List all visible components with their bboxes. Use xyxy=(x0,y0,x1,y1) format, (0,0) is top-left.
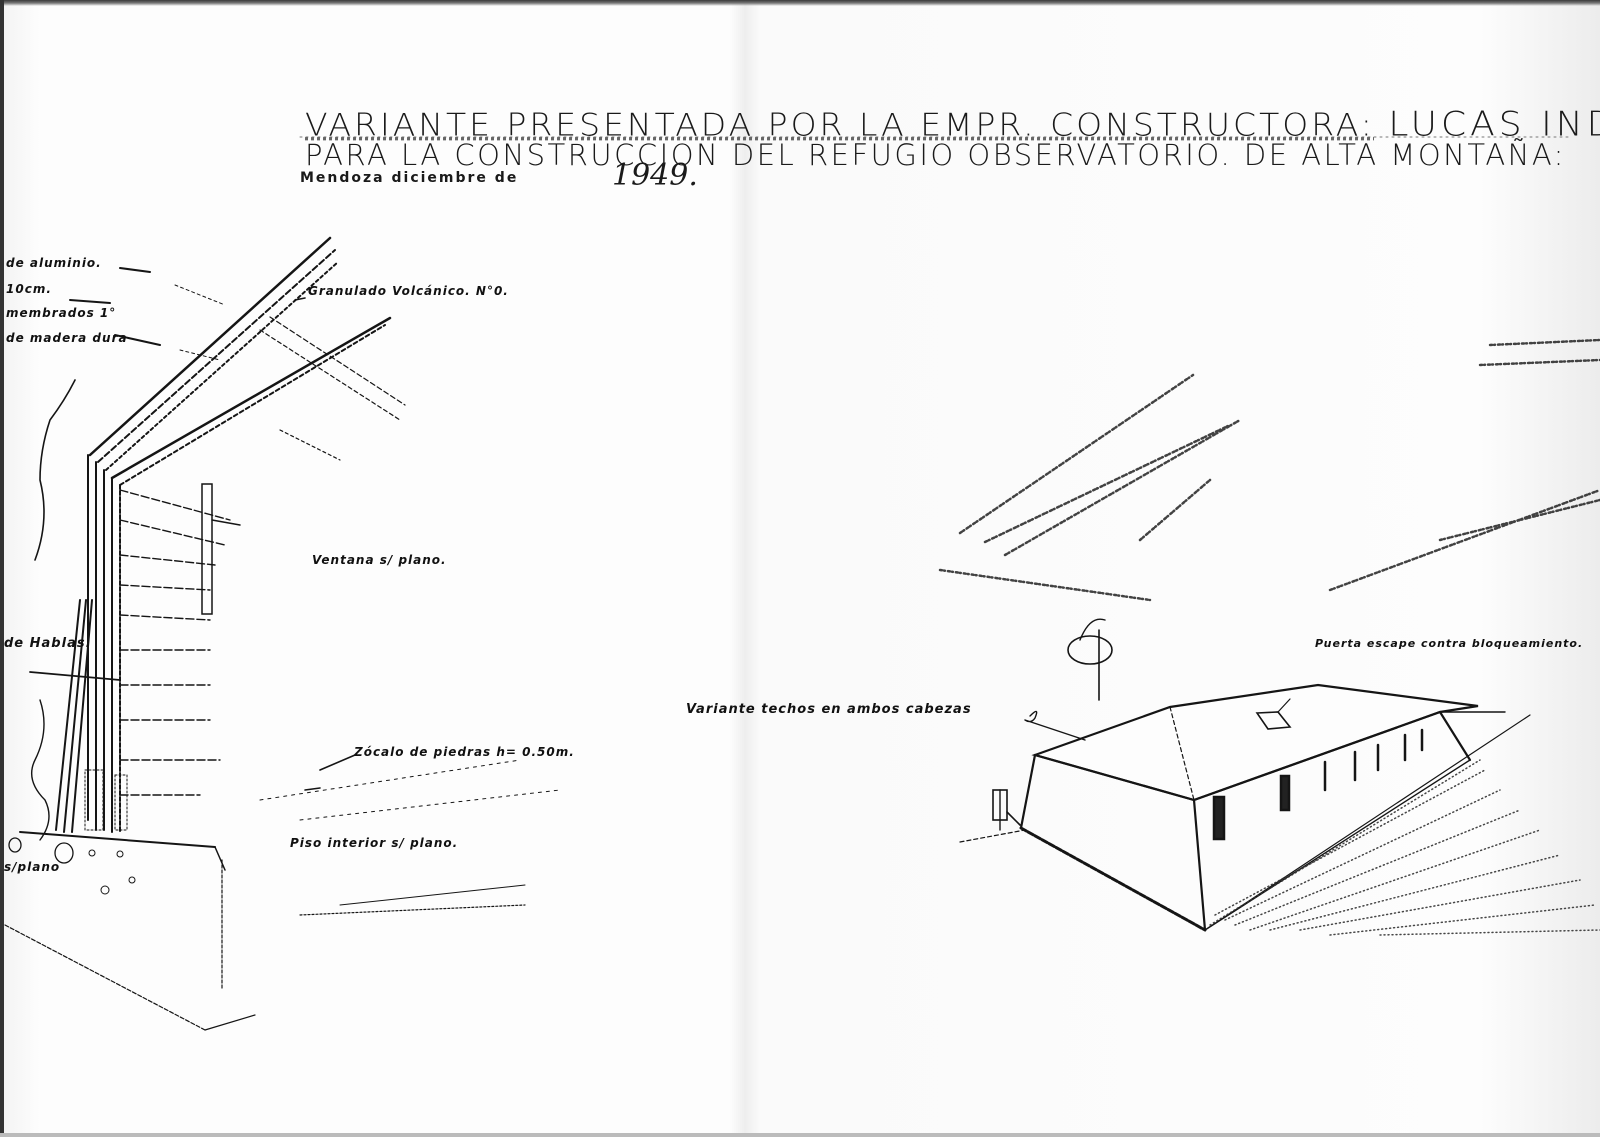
note-membranes: membrados 1° xyxy=(6,306,116,320)
note-plinth: Zócalo de piedras h= 0.50m. xyxy=(354,745,575,759)
note-volcanic-granulate: Granulado Volcánico. N°0. xyxy=(308,284,509,298)
year: 1949. xyxy=(612,158,698,193)
mountain-hatching xyxy=(940,340,1600,600)
refuge-perspective xyxy=(960,619,1530,930)
note-hardwood: de madera dura xyxy=(6,331,128,345)
note-cm: 10cm. xyxy=(6,282,52,296)
note-floor: Piso interior s/ plano. xyxy=(290,836,458,850)
drawing-sheet: Variante presentada por la empr. constru… xyxy=(0,0,1600,1137)
note-window: Ventana s/ plano. xyxy=(312,553,447,567)
place-date: Mendoza diciembre de xyxy=(300,170,518,186)
note-plan-ref: s/plano xyxy=(4,860,60,874)
section-detail xyxy=(5,238,560,1030)
note-aluminum: de aluminio. xyxy=(6,256,102,270)
note-boards: de Hablas. xyxy=(4,636,92,651)
note-escape-door: Puerta escape contra bloqueamiento. xyxy=(1315,637,1583,650)
title-line-2: Para la construccion del refugio observa… xyxy=(305,138,1566,172)
note-roof-variant: Variante techos en ambos cabezas xyxy=(686,702,972,717)
shadow-hatching xyxy=(1210,760,1600,935)
